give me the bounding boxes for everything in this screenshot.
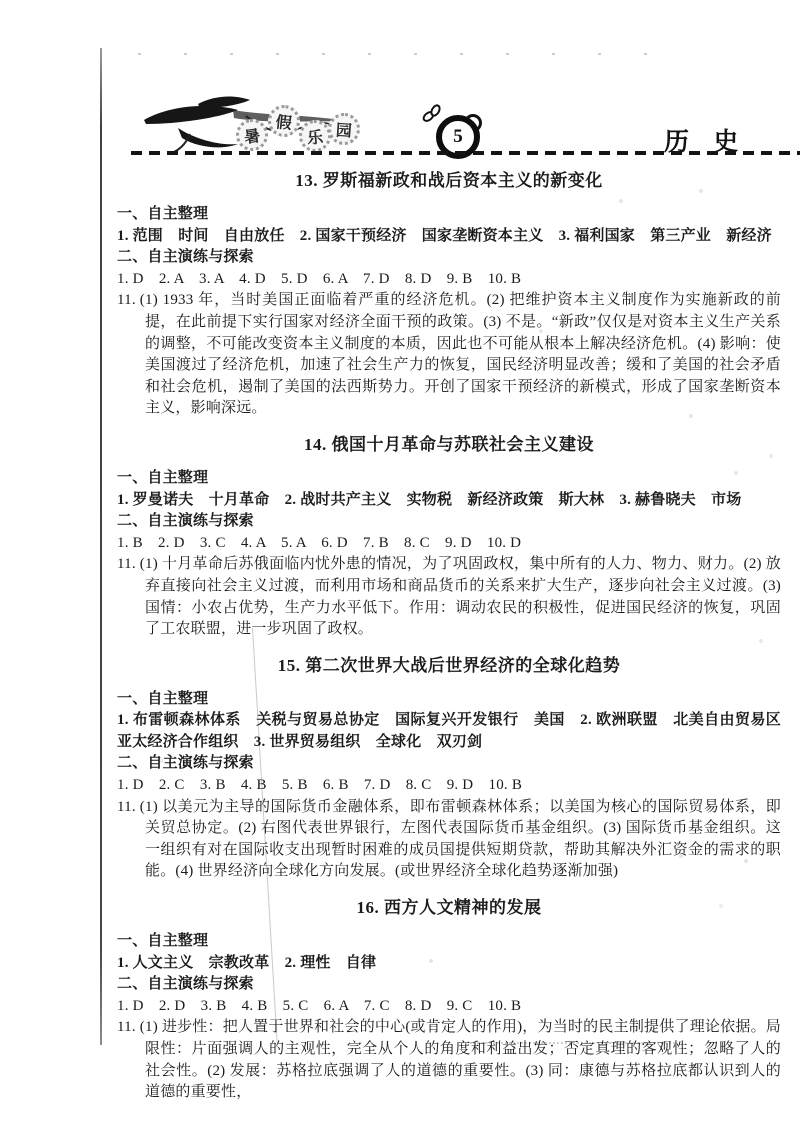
answer-11-text: (1) 进步性：把人置于世界和社会的中心(或肯定人的作用)，为当时的民主制提供了… — [140, 1019, 781, 1100]
fill-in-answers: 1. 罗曼诺夫 十月革命 2. 战时共产主义 实物税 新经济政策 斯大林 3. … — [117, 490, 781, 512]
question-number: 11. — [117, 556, 140, 572]
section-16: 16. 西方人文精神的发展 一、自主整理 1. 人文主义 宗教改革 2. 理性 … — [117, 896, 781, 1104]
scan-noise-specks — [0, 0, 2, 2]
logo-char: 暑 — [242, 122, 261, 147]
question-number: 11. — [117, 292, 140, 308]
fill-in-answers: 1. 范围 时间 自由放任 2. 国家干预经济 国家垄断资本主义 3. 福利国家… — [117, 226, 781, 248]
part2-heading: 二、自主演练与探索 — [117, 753, 781, 775]
part1-heading: 一、自主整理 — [117, 204, 781, 226]
logo-char: 假 — [275, 109, 293, 134]
logo-char: 乐 — [306, 124, 324, 148]
answer-11: 11.(1) 以美元为主导的国际货币金融体系，即布雷顿森林体系；以美国为核心的国… — [117, 797, 781, 883]
fill-in-answers: 1. 人文主义 宗教改革 2. 理性 自律 — [117, 953, 781, 975]
section-title: 15. 第二次世界大战后世界经济的全球化趋势 — [117, 654, 781, 678]
section-title: 13. 罗斯福新政和战后资本主义的新变化 — [117, 169, 781, 193]
part1-heading: 一、自主整理 — [117, 468, 781, 490]
section-title: 14. 俄国十月革命与苏联社会主义建设 — [117, 433, 781, 457]
answer-11-text: (1) 以美元为主导的国际货币金融体系，即布雷顿森林体系；以美国为核心的国际贸易… — [140, 799, 781, 880]
answer-11-text: (1) 1933 年，当时美国正面临着严重的经济危机。(2) 把维护资本主义制度… — [140, 292, 781, 416]
part1-heading: 一、自主整理 — [117, 931, 781, 953]
logo-char: 园 — [335, 117, 353, 141]
question-number: 11. — [117, 1019, 140, 1035]
answer-11-text: (1) 十月革命后苏俄面临内忧外患的情况，为了巩固政权，集中所有的人力、物力、财… — [140, 556, 781, 637]
section-14: 14. 俄国十月革命与苏联社会主义建设 一、自主整理 1. 罗曼诺夫 十月革命 … — [117, 433, 781, 641]
answer-page-content: 13. 罗斯福新政和战后资本主义的新变化 一、自主整理 1. 范围 时间 自由放… — [117, 163, 781, 1104]
section-15: 15. 第二次世界大战后世界经济的全球化趋势 一、自主整理 1. 布雷顿森林体系… — [117, 654, 781, 883]
choice-answers: 1. D 2. A 3. A 4. D 5. D 6. A 7. D 8. D … — [117, 269, 781, 291]
scan-noise-row — [138, 53, 668, 55]
question-number: 11. — [117, 799, 140, 815]
choice-answers: 1. D 2. C 3. B 4. B 5. B 6. B 7. D 8. C … — [117, 775, 781, 797]
answer-11: 11.(1) 十月革命后苏俄面临内忧外患的情况，为了巩固政权，集中所有的人力、物… — [117, 554, 781, 640]
section-title: 16. 西方人文精神的发展 — [117, 896, 781, 920]
header-dashed-rule — [131, 151, 800, 155]
choice-answers: 1. D 2. D 3. B 4. B 5. C 6. A 7. C 8. D … — [117, 996, 781, 1018]
part2-heading: 二、自主演练与探索 — [117, 247, 781, 269]
part1-heading: 一、自主整理 — [117, 689, 781, 711]
section-13: 13. 罗斯福新政和战后资本主义的新变化 一、自主整理 1. 范围 时间 自由放… — [117, 169, 781, 420]
scan-page-edge-line — [100, 48, 102, 1045]
answer-11: 11.(1) 1933 年，当时美国正面临着严重的经济危机。(2) 把维护资本主… — [117, 290, 781, 420]
answer-11: 11.(1) 进步性：把人置于世界和社会的中心(或肯定人的作用)，为当时的民主制… — [117, 1017, 781, 1103]
series-logo: 暑 假 乐 园 — [138, 94, 388, 156]
fill-in-answers: 1. 布雷顿森林体系 关税与贸易总协定 国际复兴开发银行 美国 2. 欧洲联盟 … — [117, 710, 781, 753]
part2-heading: 二、自主演练与探索 — [117, 511, 781, 533]
part2-heading: 二、自主演练与探索 — [117, 974, 781, 996]
choice-answers: 1. B 2. D 3. C 4. A 5. A 6. D 7. B 8. C … — [117, 533, 781, 555]
page-number: 5 — [453, 126, 463, 148]
